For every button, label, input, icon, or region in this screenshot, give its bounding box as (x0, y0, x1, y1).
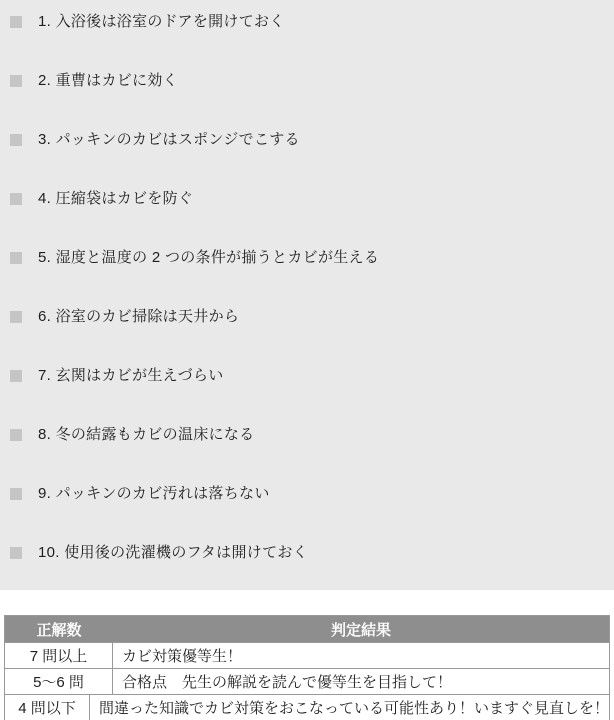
table-row: 4 問以下 間違った知識でカビ対策をおこなっている可能性あり！いますぐ見直しを！ (5, 694, 609, 720)
result-table: 正解数 判定結果 7 問以上 カビ対策優等生！ 5〜6 問 合格点 先生の解説を… (4, 615, 610, 720)
quiz-item-text: 10. 使用後の洗濯機のフタは開けておく (38, 541, 308, 564)
result-cell: 合格点 先生の解説を読んで優等生を目指して！ (113, 669, 609, 694)
quiz-item: 4. 圧縮袋はカビを防ぐ (0, 187, 614, 246)
quiz-item: 2. 重曹はカビに効く (0, 69, 614, 128)
square-bullet-icon (10, 16, 22, 28)
quiz-list-panel: 1. 入浴後は浴室のドアを開けておく 2. 重曹はカビに効く 3. パッキンのカ… (0, 0, 614, 590)
header-cell-result: 判定結果 (113, 619, 609, 640)
table-header-row: 正解数 判定結果 (5, 616, 609, 642)
quiz-item: 8. 冬の結露もカビの温床になる (0, 423, 614, 482)
quiz-item-text: 7. 玄関はカビが生えづらい (38, 364, 224, 387)
table-row: 5〜6 問 合格点 先生の解説を読んで優等生を目指して！ (5, 668, 609, 694)
square-bullet-icon (10, 75, 22, 87)
quiz-item: 1. 入浴後は浴室のドアを開けておく (0, 10, 614, 69)
quiz-item-text: 8. 冬の結露もカビの温床になる (38, 423, 254, 446)
score-cell: 5〜6 問 (5, 669, 113, 694)
quiz-item: 3. パッキンのカビはスポンジでこする (0, 128, 614, 187)
quiz-item: 9. パッキンのカビ汚れは落ちない (0, 482, 614, 541)
square-bullet-icon (10, 311, 22, 323)
result-cell: カビ対策優等生！ (113, 643, 609, 668)
square-bullet-icon (10, 370, 22, 382)
quiz-item-text: 4. 圧縮袋はカビを防ぐ (38, 187, 193, 210)
quiz-item: 7. 玄関はカビが生えづらい (0, 364, 614, 423)
square-bullet-icon (10, 193, 22, 205)
quiz-item-text: 9. パッキンのカビ汚れは落ちない (38, 482, 270, 505)
table-row: 7 問以上 カビ対策優等生！ (5, 642, 609, 668)
quiz-item-text: 2. 重曹はカビに効く (38, 69, 178, 92)
quiz-item-text: 3. パッキンのカビはスポンジでこする (38, 128, 300, 151)
quiz-item-text: 6. 浴室のカビ掃除は天井から (38, 305, 239, 328)
result-cell: 間違った知識でカビ対策をおこなっている可能性あり！いますぐ見直しを！ (90, 695, 609, 720)
square-bullet-icon (10, 547, 22, 559)
square-bullet-icon (10, 252, 22, 264)
quiz-item: 10. 使用後の洗濯機のフタは開けておく (0, 541, 614, 590)
square-bullet-icon (10, 134, 22, 146)
score-cell: 4 問以下 (5, 695, 90, 720)
header-cell-score: 正解数 (5, 619, 113, 640)
square-bullet-icon (10, 488, 22, 500)
quiz-item-text: 1. 入浴後は浴室のドアを開けておく (38, 10, 285, 33)
square-bullet-icon (10, 429, 22, 441)
score-cell: 7 問以上 (5, 643, 113, 668)
quiz-item: 6. 浴室のカビ掃除は天井から (0, 305, 614, 364)
quiz-item: 5. 湿度と温度の 2 つの条件が揃うとカビが生える (0, 246, 614, 305)
quiz-item-text: 5. 湿度と温度の 2 つの条件が揃うとカビが生える (38, 246, 379, 269)
